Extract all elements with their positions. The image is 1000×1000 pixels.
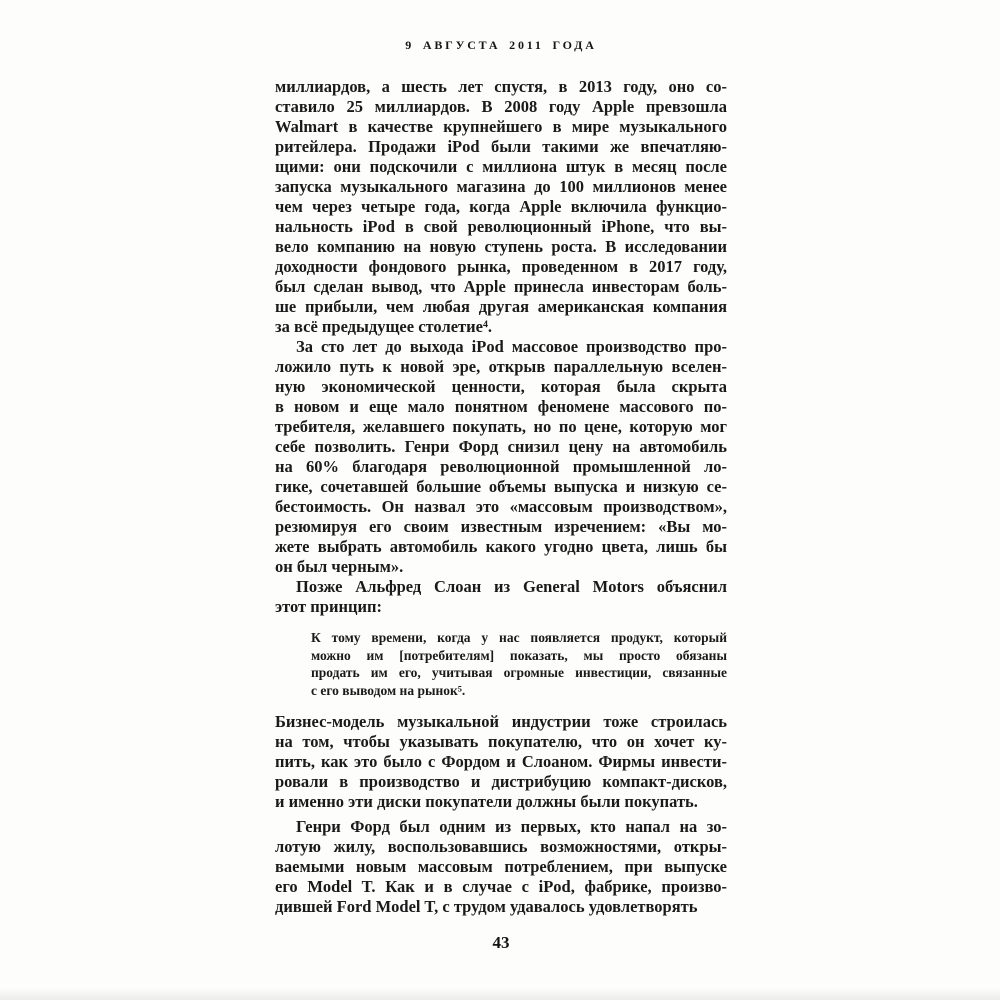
text-line: продать им его, учитывая огромные инвест…: [311, 664, 727, 682]
text-line: ваемыми новым массовым потреблением, при…: [275, 857, 727, 877]
book-page: 9 АВГУСТА 2011 ГОДА миллиардов, а шесть …: [0, 0, 1000, 1000]
paragraph: миллиардов, а шесть лет спустя, в 2013 г…: [275, 77, 727, 337]
text-line: ложило путь к новой эре, открыв параллел…: [275, 357, 727, 377]
text-line: ровали в производство и дистрибуцию комп…: [275, 772, 727, 792]
text-line: дившей Ford Model T, с трудом удавалось …: [275, 897, 727, 917]
text-line: за всё предыдущее столетие⁴.: [275, 317, 727, 337]
text-line: ритейлера. Продажи iPod были такими же в…: [275, 137, 727, 157]
paragraph: За сто лет до выхода iPod массовое произ…: [275, 337, 727, 577]
text-line: запуска музыкального магазина до 100 мил…: [275, 177, 727, 197]
text-line: Генри Форд был одним из первых, кто напа…: [275, 817, 727, 837]
text-block: миллиардов, а шесть лет спустя, в 2013 г…: [275, 77, 727, 917]
page-bottom-shade: [0, 988, 1000, 1000]
text-line: можно им [потребителям] показать, мы про…: [311, 647, 727, 665]
paragraph: Позже Альфред Слоан из General Motors об…: [275, 577, 727, 617]
text-line: бестоимость. Он назвал это «массовым про…: [275, 497, 727, 517]
text-line: себе позволить. Генри Форд снизил цену н…: [275, 437, 727, 457]
text-line: пить, как это было с Фордом и Слоаном. Ф…: [275, 752, 727, 772]
text-line: миллиардов, а шесть лет спустя, в 2013 г…: [275, 77, 727, 97]
text-line: в новом и еще мало понятном феномене мас…: [275, 397, 727, 417]
text-line: ную экономической ценности, которая была…: [275, 377, 727, 397]
text-line: и именно эти диски покупатели должны был…: [275, 792, 727, 812]
text-line: с его выводом на рынок⁵.: [311, 682, 727, 700]
text-line: ставило 25 миллиардов. В 2008 году Apple…: [275, 97, 727, 117]
text-line: доходности фондового рынка, проведенном …: [275, 257, 727, 277]
text-line: лотую жилу, воспользовавшись возможностя…: [275, 837, 727, 857]
text-line: он был черным».: [275, 557, 727, 577]
text-line: Позже Альфред Слоан из General Motors об…: [275, 577, 727, 597]
text-line: Бизнес-модель музыкальной индустрии тоже…: [275, 712, 727, 732]
text-line: За сто лет до выхода iPod массовое произ…: [275, 337, 727, 357]
text-line: жете выбрать автомобиль какого угодно цв…: [275, 537, 727, 557]
running-header: 9 АВГУСТА 2011 ГОДА: [275, 38, 727, 53]
paragraph: Бизнес-модель музыкальной индустрии тоже…: [275, 712, 727, 812]
text-line: щими: они подскочили с миллиона штук в м…: [275, 157, 727, 177]
text-line: нальность iPod в свой революционный iPho…: [275, 217, 727, 237]
text-line: К тому времени, когда у нас появляется п…: [311, 629, 727, 647]
text-line: чем через четыре года, когда Apple включ…: [275, 197, 727, 217]
text-line: на 60% благодаря революционной промышлен…: [275, 457, 727, 477]
text-line: резюмируя его своим известным изречением…: [275, 517, 727, 537]
text-line: ше прибыли, чем любая другая американска…: [275, 297, 727, 317]
text-line: его Model T. Как и в случае с iPod, фабр…: [275, 877, 727, 897]
text-line: гике, сочетавшей большие объемы выпуска …: [275, 477, 727, 497]
text-line: был сделан вывод, что Apple принесла инв…: [275, 277, 727, 297]
text-line: этот принцип:: [275, 597, 727, 617]
text-line: на том, чтобы указывать покупателю, что …: [275, 732, 727, 752]
blockquote: К тому времени, когда у нас появляется п…: [311, 629, 727, 699]
page-number: 43: [275, 933, 727, 953]
text-line: требителя, желавшего покупать, но по цен…: [275, 417, 727, 437]
text-line: Walmart в качестве крупнейшего в мире му…: [275, 117, 727, 137]
text-line: вело компанию на новую ступень роста. В …: [275, 237, 727, 257]
paragraph: Генри Форд был одним из первых, кто напа…: [275, 817, 727, 917]
